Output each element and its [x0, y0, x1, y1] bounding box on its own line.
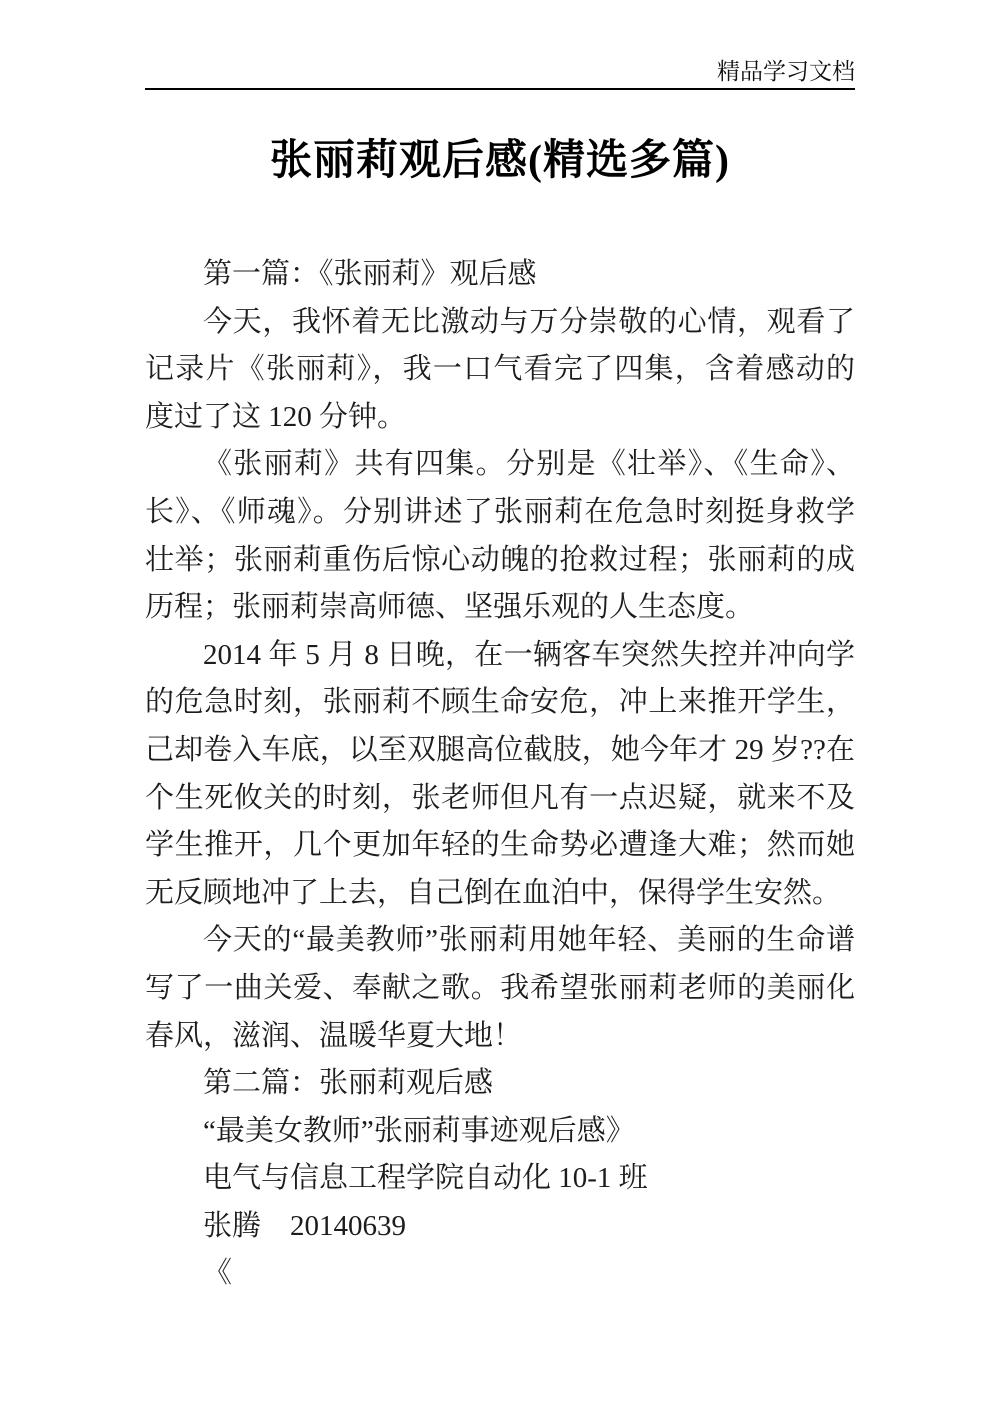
text-line: 第一篇：《张丽莉》观后感 — [145, 251, 855, 299]
document-title: 张丽莉观后感(精选多篇) — [145, 135, 855, 187]
text-line: 的危急时刻，张丽莉不顾生命安危，冲上来推开学生，自 — [145, 679, 855, 727]
text-line: 张腾 20140639 — [145, 1203, 855, 1251]
text-line: 春风，滋润、温暖华夏大地！ — [145, 1013, 855, 1061]
document-page: 精品学习文档 张丽莉观后感(精选多篇) 第一篇：《张丽莉》观后感今天，我怀着无比… — [0, 0, 993, 1404]
text-line: 写了一曲关爱、奉献之歌。我希望张丽莉老师的美丽化作 — [145, 965, 855, 1013]
document-body: 第一篇：《张丽莉》观后感今天，我怀着无比激动与万分崇敬的心情，观看了记录片《张丽… — [145, 251, 855, 1298]
text-line: 《 — [145, 1250, 855, 1298]
text-line: 学生推开，几个更加年轻的生命势必遭逢大难；然而她义 — [145, 822, 855, 870]
text-line: 长》、《师魂》。分别讲述了张丽莉在危急时刻挺身救学生的 — [145, 489, 855, 537]
text-line: “最美女教师”张丽莉事迹观后感》 — [145, 1108, 855, 1156]
header-watermark: 精品学习文档 — [717, 58, 855, 84]
text-line: 记录片《张丽莉》，我一口气看完了四集，含着感动的泪水 — [145, 346, 855, 394]
text-line: 电气与信息工程学院自动化 10-1 班 — [145, 1155, 855, 1203]
text-line: 今天的“最美教师”张丽莉用她年轻、美丽的生命谱 — [145, 917, 855, 965]
text-line: 《张丽莉》共有四集。分别是《壮举》、《生命》、《成 — [145, 441, 855, 489]
page-content-area: 精品学习文档 张丽莉观后感(精选多篇) 第一篇：《张丽莉》观后感今天，我怀着无比… — [145, 0, 855, 1404]
text-line: 今天，我怀着无比激动与万分崇敬的心情，观看了 — [145, 299, 855, 347]
text-line: 己却卷入车底，以至双腿高位截肢，她今年才 29 岁??在这 — [145, 727, 855, 775]
text-line: 个生死攸关的时刻，张老师但凡有一点迟疑，就来不及把 — [145, 775, 855, 823]
text-line: 2014 年 5 月 8 日晚，在一辆客车突然失控并冲向学生 — [145, 632, 855, 680]
text-line: 第二篇：张丽莉观后感 — [145, 1060, 855, 1108]
text-line: 无反顾地冲了上去，自己倒在血泊中，保得学生安然。 — [145, 870, 855, 918]
page-header: 精品学习文档 — [145, 0, 855, 90]
text-line: 度过了这 120 分钟。 — [145, 394, 855, 442]
text-line: 壮举；张丽莉重伤后惊心动魄的抢救过程；张丽莉的成长 — [145, 537, 855, 585]
text-line: 历程；张丽莉崇高师德、坚强乐观的人生态度。 — [145, 584, 855, 632]
